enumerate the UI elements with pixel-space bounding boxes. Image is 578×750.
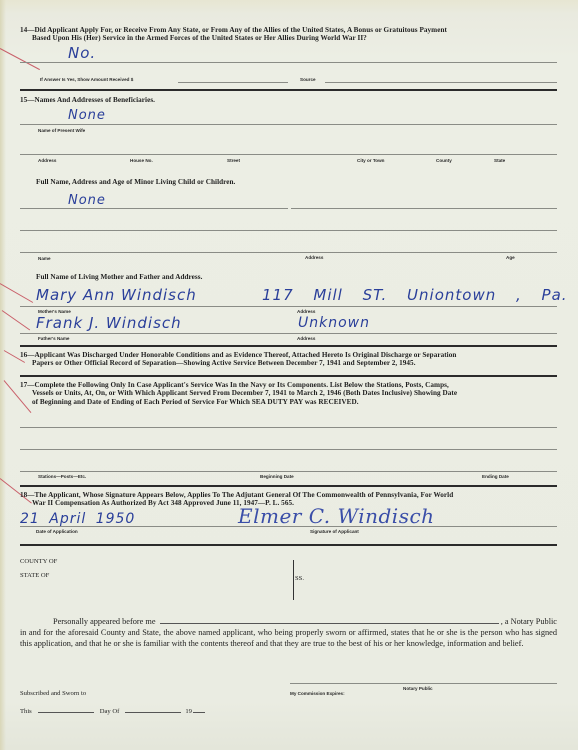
q17-line3: of Beginning and Date of Ending of Each … bbox=[20, 398, 560, 406]
child-address-label: Address bbox=[305, 255, 323, 260]
section-divider bbox=[20, 89, 557, 91]
q17-line2: Vessels or Units, At, On, or With Which … bbox=[20, 389, 560, 397]
child-age-label: Age bbox=[506, 255, 515, 260]
notary-paragraph: Personally appeared before me , a Notary… bbox=[20, 616, 557, 649]
q14-answer[interactable]: No. bbox=[68, 44, 96, 62]
county-of-label: COUNTY OF bbox=[20, 558, 57, 565]
parents-heading: Full Name of Living Mother and Father an… bbox=[36, 273, 202, 281]
stations-label: Stations—Posts—Etc. bbox=[38, 474, 86, 479]
father-line bbox=[20, 333, 557, 334]
signature-of-applicant-label: Signature of Applicant bbox=[310, 529, 359, 534]
mother-address-label: Address bbox=[297, 309, 315, 314]
present-wife-label: Name of Present Wife bbox=[38, 128, 85, 133]
this-label: This bbox=[20, 708, 32, 715]
notary-public-label: Notary Public bbox=[403, 686, 433, 691]
year-prefix: 19 bbox=[185, 708, 192, 715]
application-date-value[interactable]: 21 April 1950 bbox=[20, 511, 135, 527]
q14-amount-field[interactable] bbox=[178, 82, 288, 83]
q18-line1: 18—The Applicant, Whose Signature Appear… bbox=[20, 491, 453, 499]
q14-line1: 14—Did Applicant Apply For, or Receive F… bbox=[20, 26, 447, 34]
mother-line bbox=[20, 306, 557, 307]
address-label: Address bbox=[38, 158, 56, 163]
minor-children-value[interactable]: None bbox=[68, 193, 106, 208]
section-divider bbox=[20, 375, 557, 377]
q18-line bbox=[20, 526, 557, 527]
present-wife-value[interactable]: None bbox=[68, 108, 106, 123]
q15-heading: 15—Names And Addresses of Beneficiaries. bbox=[20, 96, 155, 104]
applicant-signature[interactable]: Elmer C. Windisch bbox=[238, 504, 435, 528]
section-divider bbox=[20, 485, 557, 487]
day-field[interactable] bbox=[38, 712, 94, 713]
notary-signature-line[interactable] bbox=[290, 683, 557, 684]
q16-line1: 16—Applicant Was Discharged Under Honora… bbox=[20, 351, 456, 359]
county-label: County bbox=[436, 158, 452, 163]
commission-expires-label: My Commission Expires: bbox=[290, 691, 345, 696]
minor-children-heading: Full Name, Address and Age of Minor Livi… bbox=[36, 178, 235, 186]
brace-bracket bbox=[289, 560, 294, 600]
q16-statement: 16—Applicant Was Discharged Under Honora… bbox=[20, 351, 560, 368]
q17-statement: 17—Complete the Following Only In Case A… bbox=[20, 381, 560, 406]
section-divider bbox=[20, 544, 557, 546]
house-no-label: House No. bbox=[130, 158, 153, 163]
document-page: 14—Did Applicant Apply For, or Receive F… bbox=[0, 0, 578, 750]
minor-children-line bbox=[20, 208, 288, 209]
father-address-label: Address bbox=[297, 336, 315, 341]
paper-edge bbox=[0, 0, 6, 750]
q14-question: 14—Did Applicant Apply For, or Receive F… bbox=[20, 26, 560, 43]
present-wife-line bbox=[20, 124, 557, 125]
q17-line bbox=[20, 427, 557, 428]
sworn-date-row: This Day Of 19 bbox=[20, 708, 205, 715]
q17-line bbox=[20, 449, 557, 450]
notary-paragraph-body: in and for the aforesaid County and Stat… bbox=[20, 627, 557, 649]
state-label: State bbox=[494, 158, 505, 163]
year-field[interactable] bbox=[193, 712, 205, 713]
state-of-label: STATE OF bbox=[20, 572, 49, 579]
subscribed-label: Subscribed and Sworn to bbox=[20, 690, 86, 697]
wife-address-line bbox=[20, 154, 557, 155]
section-divider bbox=[20, 345, 557, 347]
day-of-label: Day Of bbox=[100, 708, 120, 715]
father-address-value[interactable]: Unknown bbox=[298, 315, 370, 331]
minor-children-line bbox=[20, 230, 557, 231]
notary-name-field[interactable] bbox=[160, 623, 499, 624]
q14-answer-line bbox=[20, 62, 557, 63]
q14-source-label: Source bbox=[300, 77, 316, 82]
q14-line2: Based Upon His (Her) Service in the Arme… bbox=[20, 34, 560, 42]
appeared-before-text: Personally appeared before me bbox=[20, 616, 156, 627]
minor-children-line bbox=[291, 208, 557, 209]
month-field[interactable] bbox=[125, 712, 181, 713]
street-label: Street bbox=[227, 158, 240, 163]
father-name-value[interactable]: Frank J. Windisch bbox=[36, 314, 182, 332]
mother-address-value[interactable]: 117 Mill ST. Uniontown , Pa. bbox=[262, 286, 568, 304]
ss-label: SS. bbox=[295, 575, 304, 582]
q17-line1: 17—Complete the Following Only In Case A… bbox=[20, 381, 449, 389]
minor-children-line bbox=[20, 252, 557, 253]
ending-date-label: Ending Date bbox=[482, 474, 509, 479]
q16-line2: Papers or Other Official Record of Separ… bbox=[20, 359, 560, 367]
city-label: City or Town bbox=[357, 158, 384, 163]
q17-line bbox=[20, 471, 557, 472]
notary-public-text: , a Notary Public bbox=[501, 616, 557, 627]
date-of-application-label: Date of Application bbox=[36, 529, 78, 534]
child-name-label: Name bbox=[38, 256, 51, 261]
father-name-label: Father's Name bbox=[38, 336, 69, 341]
q14-amount-label: If Answer Is Yes, Show Amount Received $ bbox=[40, 77, 133, 82]
beginning-date-label: Beginning Date bbox=[260, 474, 294, 479]
q14-source-field[interactable] bbox=[325, 82, 557, 83]
mother-name-value[interactable]: Mary Ann Windisch bbox=[36, 286, 197, 304]
